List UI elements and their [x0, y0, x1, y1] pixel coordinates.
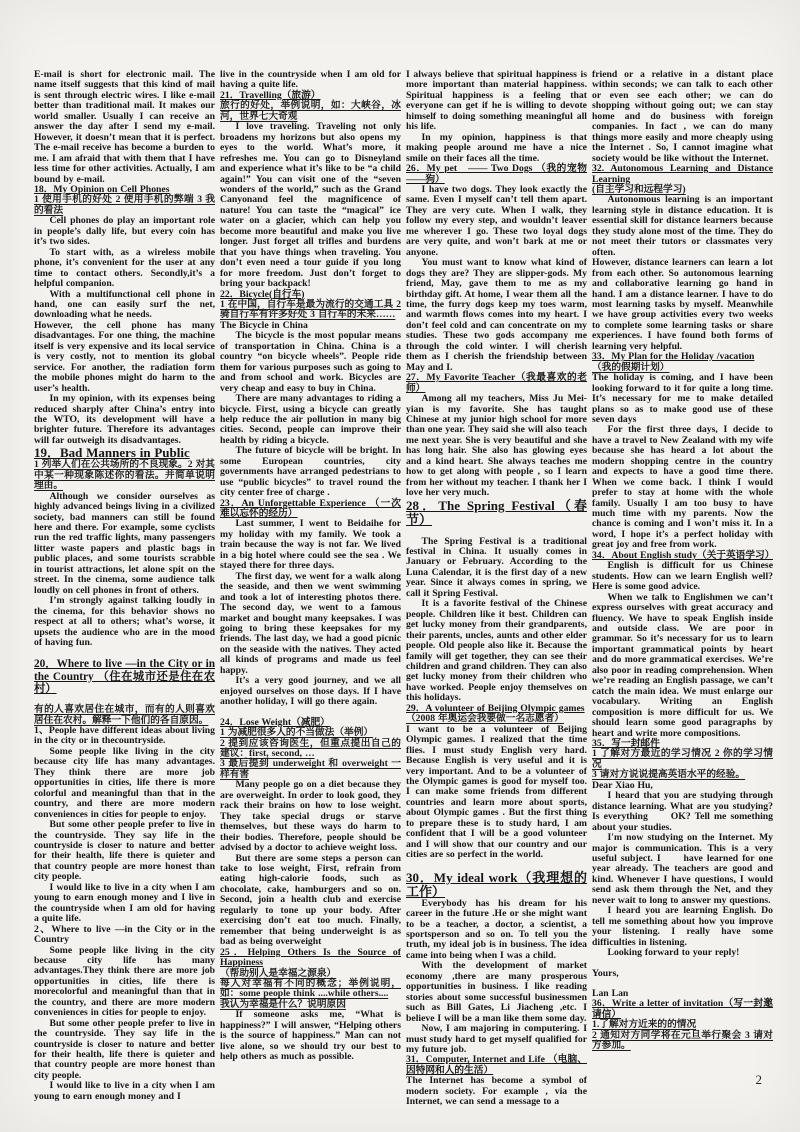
outline-note: 每人对幸福有不同的概念；举例说明，如：some people think ...… [220, 979, 401, 1000]
outline-note: 1 了解对方最近的学习情况 2 你的学习情况 [592, 749, 773, 770]
columns-container: E-mail is short for electronic mail. The… [34, 70, 774, 1108]
outline-note: 2 提到应该咨询医生，但重点提出自己的建议：first, second, … [220, 739, 401, 760]
section-heading: 27．My Favorite Teacher（我最喜欢的老师） [406, 373, 587, 394]
paragraph: However, the cell phone has many disadva… [34, 321, 215, 394]
paragraph: The bicycle is the most popular means of… [220, 331, 401, 394]
paragraph: When we talk to Englishmen we can’t expr… [592, 593, 773, 739]
section-heading: 28．The Spring Festival（春节） [406, 499, 587, 527]
paragraph: The Spring Festival is a traditional fes… [406, 537, 587, 600]
paragraph: For the first three days, I decide to ha… [592, 425, 773, 550]
section-heading: 25．Helping Others Is the Source of Happi… [220, 948, 401, 969]
paragraph: But some other people prefer to live in … [34, 820, 215, 883]
outline-note: 有的人喜欢居住在城市，而有的人则喜欢居住在农村。解释一下他们的各自原因。 [34, 705, 215, 726]
outline-note: 2 通知对方同学将在元旦举行聚会 3 请对方参加。 [592, 1031, 773, 1052]
outline-note: 3 最后提到 underweight 和 overweight 一样有害 [220, 759, 401, 780]
text-column: E-mail is short for electronic mail. The… [34, 70, 215, 1102]
section-heading: 36．Write a letter of invitation（写一封邀请信） [592, 999, 773, 1020]
section-heading: 31．Computer, Internet and Life （电脑、因特网和人… [406, 1055, 587, 1076]
text-column: live in the countryside when I am old fo… [220, 70, 401, 1063]
paragraph: To start with, as a wireless mobile phon… [34, 248, 215, 290]
paragraph: However, distance learners can learn a l… [592, 258, 773, 352]
paragraph: English is difficult for us Chinese stud… [592, 561, 773, 592]
paragraph: I have two dogs. They look exactly the s… [406, 185, 587, 258]
paragraph: I want to be a volunteer of Beijing Olym… [406, 725, 587, 861]
paragraph: You must want to know what kind of dogs … [406, 258, 587, 373]
paragraph: But there are some steps a person can ta… [220, 854, 401, 948]
paragraph: Some people like living in the city beca… [34, 747, 215, 820]
paragraph: In my opinion, happiness is that making … [406, 133, 587, 164]
paragraph: Looking forward to your reply! [592, 948, 773, 958]
paragraph: Some people like living in the city beca… [34, 946, 215, 1019]
section-heading: 30．My ideal work（我理想的工作） [406, 871, 587, 899]
spacer [34, 648, 215, 658]
paragraph: friend or a relative in a distant place … [592, 70, 773, 164]
section-heading: 23．An Unforgettable Experience （一次难以忘怀的经… [220, 499, 401, 520]
paragraph: Last summer, I went to Beidaihe for my h… [220, 519, 401, 571]
paragraph: 1、People have different ideas about livi… [34, 726, 215, 747]
paragraph: Many people go on a diet because they ar… [220, 780, 401, 853]
paragraph: The Internet has become a symbol of mode… [406, 1076, 587, 1107]
paragraph: 2、Where to live —in the City or in the C… [34, 925, 215, 946]
paragraph: Although we consider ourselves as highly… [34, 492, 215, 597]
paragraph: If someone asks me, “What is happiness?”… [220, 1010, 401, 1062]
paragraph: I would like to live in a city when I am… [34, 883, 215, 925]
paragraph: The holiday is coming, and I have been l… [592, 373, 773, 425]
paragraph: The first day, we went for a walk along … [220, 572, 401, 677]
outline-note: 旅行的好处，举例说明，如：大峡谷，冰河，世界七大奇观 [220, 101, 401, 122]
paragraph: Cell phones do play an important role in… [34, 216, 215, 247]
document-page: E-mail is short for electronic mail. The… [0, 0, 800, 1132]
paragraph: Among all my teachers, Miss Ju Mei-yian … [406, 394, 587, 499]
paragraph: I’m strongly against talking loudly in t… [34, 596, 215, 648]
paragraph: I would like to live in a city when I am… [34, 1081, 215, 1102]
paragraph: It is a favorite festival of the Chinese… [406, 599, 587, 704]
paragraph: I heard you are learning English. Do tel… [592, 906, 773, 948]
paragraph: I love traveling. Traveling not only bro… [220, 122, 401, 289]
outline-note: 1 在中国，自行车是最为流行的交通工具 2 骑自行车有许多好处 3 自行车的未来… [220, 300, 401, 321]
section-heading: 32. Autonomous Learning and Distance Lea… [592, 164, 773, 185]
paragraph: With a multifunctional cell phone in han… [34, 290, 215, 321]
outline-note: 1 为减肥很多人的不当做法（举例） [220, 728, 401, 738]
paragraph: live in the countryside when I am old fo… [220, 70, 401, 91]
paragraph: I heard that you are studying through di… [592, 791, 773, 833]
paragraph: I always believe that spiritual happines… [406, 70, 587, 133]
paragraph: I'm now studying on the Internet. My maj… [592, 833, 773, 906]
paragraph: Now, I am majoring in computering. I mus… [406, 1024, 587, 1055]
outline-note: 1 列举人们在公共场所的不良现象。2 对其中某一种现象陈述你的看法。并简单说明理… [34, 460, 215, 491]
section-heading: 26．My pet —— Two Dogs （我的宠物——狗） [406, 164, 587, 185]
outline-note: 1 使用手机的好处 2 使用手机的弊端 3 我的看法 [34, 195, 215, 216]
paragraph: In my opinion, with its expenses being r… [34, 394, 215, 446]
text-column: friend or a relative in a distant place … [592, 70, 773, 1052]
paragraph: With the development of market economy ,… [406, 961, 587, 1024]
paragraph: Everybody has his dream for his career i… [406, 899, 587, 962]
paragraph: Yours, [592, 969, 773, 979]
spacer [592, 959, 773, 969]
paragraph: Autonomous learning is an important lear… [592, 195, 773, 258]
page-number: 2 [756, 1072, 763, 1088]
text-column: I always believe that spiritual happines… [406, 70, 587, 1108]
paragraph: E-mail is short for electronic mail. The… [34, 70, 215, 185]
paragraph: The future of bicycle will be bright. In… [220, 446, 401, 498]
paragraph: There are many advantages to riding a bi… [220, 394, 401, 446]
paragraph: But some other people prefer to live in … [34, 1019, 215, 1082]
paragraph: It’s a very good journey, and we all enj… [220, 676, 401, 707]
section-heading: 20．Where to live —in the City or in the … [34, 658, 215, 695]
